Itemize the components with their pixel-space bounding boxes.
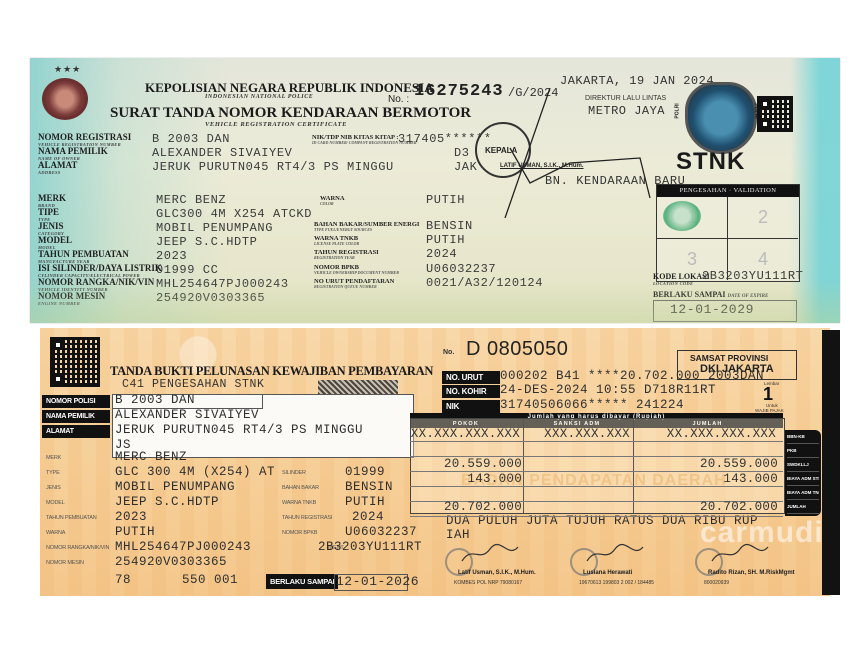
stnk-field-value-right: BENSIN bbox=[426, 219, 473, 233]
stnk-field-label: NOMOR RANGKA/NIK/VINVEHICLE IDENTITY NUM… bbox=[38, 278, 154, 292]
stnk-field-label: NAMA PEMILIKNAME OF OWNER bbox=[38, 147, 108, 161]
payment-side-tab: PKB bbox=[787, 444, 819, 458]
stnk-field-label: ISI SILINDER/DAYA LISTRIKCYLINDER CAPACI… bbox=[38, 264, 162, 278]
stnk-field-value: MOBIL PENUMPANG bbox=[156, 221, 273, 235]
stnk-field-label: TAHUN PEMBUATANMANUFACTURE YEAR bbox=[38, 250, 129, 264]
stnk-field-label: MERKBRAND bbox=[38, 194, 66, 208]
vehicle-label: MODEL bbox=[46, 500, 65, 506]
stnk-field-value: 254920V0303365 bbox=[156, 291, 265, 305]
document-subtitle: VEHICLE REGISTRATION CERTIFICATE bbox=[205, 121, 347, 128]
samsat-line-1: SAMSAT PROVINSI bbox=[690, 353, 768, 363]
vehicle-value: 254920V0303365 bbox=[115, 555, 227, 569]
signatory-id: KOMBES POL NRP 79080167 bbox=[454, 580, 522, 586]
stnk-field-value: ALEXANDER SIVAIYEV bbox=[152, 146, 292, 160]
nik-value: 317405****** bbox=[398, 132, 492, 146]
stnk-field-label: MODELMODEL bbox=[38, 236, 72, 250]
mask-jumlah: XX.XXX.XXX.XXX bbox=[640, 427, 776, 441]
stnk-field-value: 01999 CC bbox=[156, 263, 218, 277]
stars-icon: ★★★ bbox=[54, 64, 81, 75]
location-code: 2B3203YU111RT bbox=[702, 269, 803, 283]
signatory-name: Lusiana Herawati bbox=[583, 570, 632, 576]
payment-pokok: 20.702.000 bbox=[410, 500, 522, 514]
green-validation-stamp bbox=[663, 201, 701, 231]
vehicle-label: MERK bbox=[46, 455, 61, 461]
payment-row-divider bbox=[410, 441, 783, 442]
stnk-field-label: ALAMATADDRESS bbox=[38, 161, 77, 175]
receipt-title: TANDA BUKTI PELUNASAN KEWAJIBAN PEMBAYAR… bbox=[110, 364, 433, 379]
payment-row-divider bbox=[410, 516, 783, 517]
signatory-name: Radito Rizan, SH. M.RiskMgmt bbox=[708, 570, 795, 576]
police-emblem-icon bbox=[42, 78, 88, 120]
qr-code-bottom bbox=[50, 337, 100, 387]
vehicle-label: WARNA bbox=[46, 530, 65, 536]
payment-jumlah: 20.702.000 bbox=[632, 500, 778, 514]
reference-value: 24-DES-2024 10:55 D718R11RT bbox=[500, 383, 716, 397]
stnk-card: ★★★ KEPOLISIAN NEGARA REPUBLIK INDONESIA… bbox=[30, 58, 840, 323]
payment-side-tab: JUMLAH bbox=[787, 500, 819, 514]
stnk-field-value-right: 0021/A32/120124 bbox=[426, 276, 543, 290]
extra-code-b: 550 001 bbox=[182, 573, 238, 587]
stnk-field-label-right: BAHAN BAKAR/SUMBER ENERGITYPE FUEL/ENERG… bbox=[314, 221, 419, 232]
stnk-police-badge-icon bbox=[685, 82, 757, 154]
payment-side-tab: BIAYA ADM STNK bbox=[787, 472, 819, 486]
payment-row-divider bbox=[410, 486, 783, 487]
payment-pokok: 20.559.000 bbox=[410, 457, 522, 471]
payment-jumlah: 20.559.000 bbox=[632, 457, 778, 471]
payment-side-tab: BBN-KB bbox=[787, 430, 819, 444]
signatory-id: 800020939 bbox=[704, 580, 729, 586]
document-title: SURAT TANDA NOMOR KENDARAAN BERMOTOR bbox=[110, 105, 471, 122]
mask-sanksi: XXX.XXX.XXX bbox=[524, 427, 630, 441]
payment-side-tabs: BBN-KBPKBSWDKLLJBIAYA ADM STNKBIAYA ADM … bbox=[785, 430, 821, 516]
payment-pokok: 143.000 bbox=[410, 472, 522, 486]
owner-value: ALEXANDER SIVAIYEV bbox=[115, 408, 259, 422]
expiry-label-bottom: BERLAKU SAMPAI bbox=[266, 574, 338, 589]
vehicle-label: TYPE bbox=[46, 470, 60, 476]
expiry-date-top: 12-01-2029 bbox=[670, 302, 754, 317]
validation-cell-2: 2 bbox=[728, 197, 798, 239]
issue-place-date: JAKARTA, 19 JAN 2024 bbox=[560, 74, 714, 88]
stnk-field-value: JEEP S.C.HDTP bbox=[156, 235, 257, 249]
validation-grid: PENGESAHAN · VALIDATION 1 2 3 4 bbox=[656, 184, 800, 282]
vehicle-value-right: 2B3203YU111RT bbox=[318, 540, 422, 554]
vehicle-value: 2023 bbox=[115, 510, 147, 524]
stnk-field-value-right: 2024 bbox=[426, 247, 457, 261]
stnk-field-label: NOMOR MESINENGINE NUMBER bbox=[38, 292, 105, 306]
stnk-field-label-right: WARNA TNKBLICENSE PLATE COLOR bbox=[314, 235, 359, 246]
payment-jumlah: 143.000 bbox=[632, 472, 778, 486]
stnk-field-label-right: NOMOR BPKBVEHICLE OWNERSHIP DOCUMENT NUM… bbox=[314, 264, 399, 275]
stnk-field-value: GLC300 4M X254 ATCKD bbox=[156, 207, 312, 221]
stnk-field-value: 2023 bbox=[156, 249, 187, 263]
stnk-field-label: NOMOR REGISTRASIVEHICLE REGISTRATION NUM… bbox=[38, 133, 131, 147]
signature-scribble bbox=[460, 543, 520, 565]
vehicle-value: JEEP S.C.HDTP bbox=[115, 495, 219, 509]
signature-scribble bbox=[585, 543, 645, 565]
stnk-field-label-right: TAHUN REGISTRASIREGISTRATION YEAR bbox=[314, 249, 379, 260]
vehicle-value: MOBIL PENUMPANG bbox=[115, 480, 235, 494]
vehicle-label-right: TAHUN REGISTRASI bbox=[282, 515, 332, 521]
stnk-field-value: JERUK PURUTN045 RT4/3 PS MINGGU bbox=[152, 160, 394, 174]
owner-value: JERUK PURUTN045 RT4/3 PS MINGGU bbox=[115, 423, 363, 437]
address-city: JAK bbox=[454, 160, 477, 174]
stnk-field-value: B 2003 DAN bbox=[152, 132, 230, 146]
vehicle-label-right: WARNA TNKB bbox=[282, 500, 316, 506]
vehicle-label-right: SILINDER bbox=[282, 470, 306, 476]
vehicle-value-right: BENSIN bbox=[345, 480, 393, 494]
reference-label: NO. URUT bbox=[442, 371, 500, 384]
stnk-field-label-right: NO URUT PENDAFTARANREGISTRATION QUEUE NU… bbox=[314, 278, 394, 289]
vehicle-value: GLC 300 4M (X254) AT bbox=[115, 465, 275, 479]
vehicle-label: JENIS bbox=[46, 485, 61, 491]
signature-mark bbox=[450, 88, 690, 218]
vehicle-label-right: BAHAN BAKAR bbox=[282, 485, 319, 491]
owner-value: B 2003 DAN bbox=[115, 393, 195, 407]
signatory-name: Latif Usman, S.I.K., M.Hum. bbox=[458, 570, 536, 576]
stnk-field-value: MERC BENZ bbox=[156, 193, 226, 207]
qr-code-top bbox=[757, 96, 793, 132]
stnk-field-label: JENISCATEGORY bbox=[38, 222, 64, 236]
stnk-field-value-right: PUTIH bbox=[426, 233, 465, 247]
receipt-number-label: No. bbox=[443, 349, 454, 356]
receipt-number: D 0805050 bbox=[466, 338, 568, 361]
signatory-name: LATIF USMAN, S.I.K., M.Hum. bbox=[500, 163, 584, 169]
payment-side-tab: BIAYA ADM TNKB bbox=[787, 486, 819, 500]
mask-pokok: XX.XXX.XXX.XXX bbox=[402, 427, 520, 441]
receipt-subtitle: C41 PENGESAHAN STNK bbox=[122, 378, 265, 391]
vehicle-value-right: 01999 bbox=[345, 465, 385, 479]
reference-label: NIK bbox=[442, 400, 500, 413]
certificate-number-label: No. : bbox=[388, 94, 409, 105]
stnk-field-value-right: U06032237 bbox=[426, 262, 496, 276]
stnk-field-label: TIPETYPE bbox=[38, 208, 59, 222]
vehicle-label: NOMOR MESIN bbox=[46, 560, 84, 566]
vehicle-label: NOMOR RANGKA/NIK/VIN bbox=[46, 545, 109, 551]
owner-label: ALAMAT bbox=[42, 425, 110, 438]
amount-in-words-2: IAH bbox=[446, 528, 470, 542]
signature-scribble bbox=[710, 543, 770, 565]
nik-line-2: D3 bbox=[454, 146, 470, 160]
vehicle-value: MERC BENZ bbox=[115, 450, 187, 464]
stnk-field-value: MHL254647PJ000243 bbox=[156, 277, 289, 291]
signatory-id: 19670613 199803 2 002 / 184485 bbox=[579, 580, 654, 586]
validation-header: PENGESAHAN · VALIDATION bbox=[657, 185, 799, 197]
reference-value: 31740506066***** 241224 bbox=[500, 398, 684, 412]
vehicle-value-right: 2024 bbox=[352, 510, 384, 524]
stnk-badge-text: STNK bbox=[676, 148, 745, 176]
badge-side-left: POLRI bbox=[675, 103, 681, 118]
receipt-dark-strip bbox=[822, 330, 840, 595]
agency-subtitle: INDONESIAN NATIONAL POLICE bbox=[205, 94, 313, 100]
owner-label: NAMA PEMILIK bbox=[42, 410, 110, 423]
reference-label: NO. KOHIR bbox=[442, 385, 500, 398]
reference-value: 000202 B41 ****20.702.000 2003DAN bbox=[500, 369, 764, 383]
vehicle-value: PUTIH bbox=[115, 525, 155, 539]
expiry-box-top bbox=[653, 300, 797, 322]
vehicle-label: TAHUN PEMBUATAN bbox=[46, 515, 96, 521]
vehicle-label-right: NOMOR BPKB bbox=[282, 530, 317, 536]
lembar-number: 1 bbox=[763, 384, 773, 405]
expiry-date-bottom: 12-01-2026 bbox=[336, 574, 419, 589]
stnk-field-value-right: PUTIH bbox=[426, 193, 465, 207]
payment-side-tab: SWDKLLJ bbox=[787, 458, 819, 472]
vehicle-value-right: PUTIH bbox=[345, 495, 385, 509]
vehicle-value-right: U06032237 bbox=[345, 525, 417, 539]
expiry-label-top: BERLAKU SAMPAI DATE OF EXPIRE bbox=[653, 290, 768, 301]
extra-code-a: 78 bbox=[115, 573, 131, 587]
vehicle-value: MHL254647PJ000243 bbox=[115, 540, 251, 554]
owner-label: NOMOR POLISI bbox=[42, 395, 110, 408]
stnk-field-label-right: WARNACOLOR bbox=[320, 195, 345, 206]
